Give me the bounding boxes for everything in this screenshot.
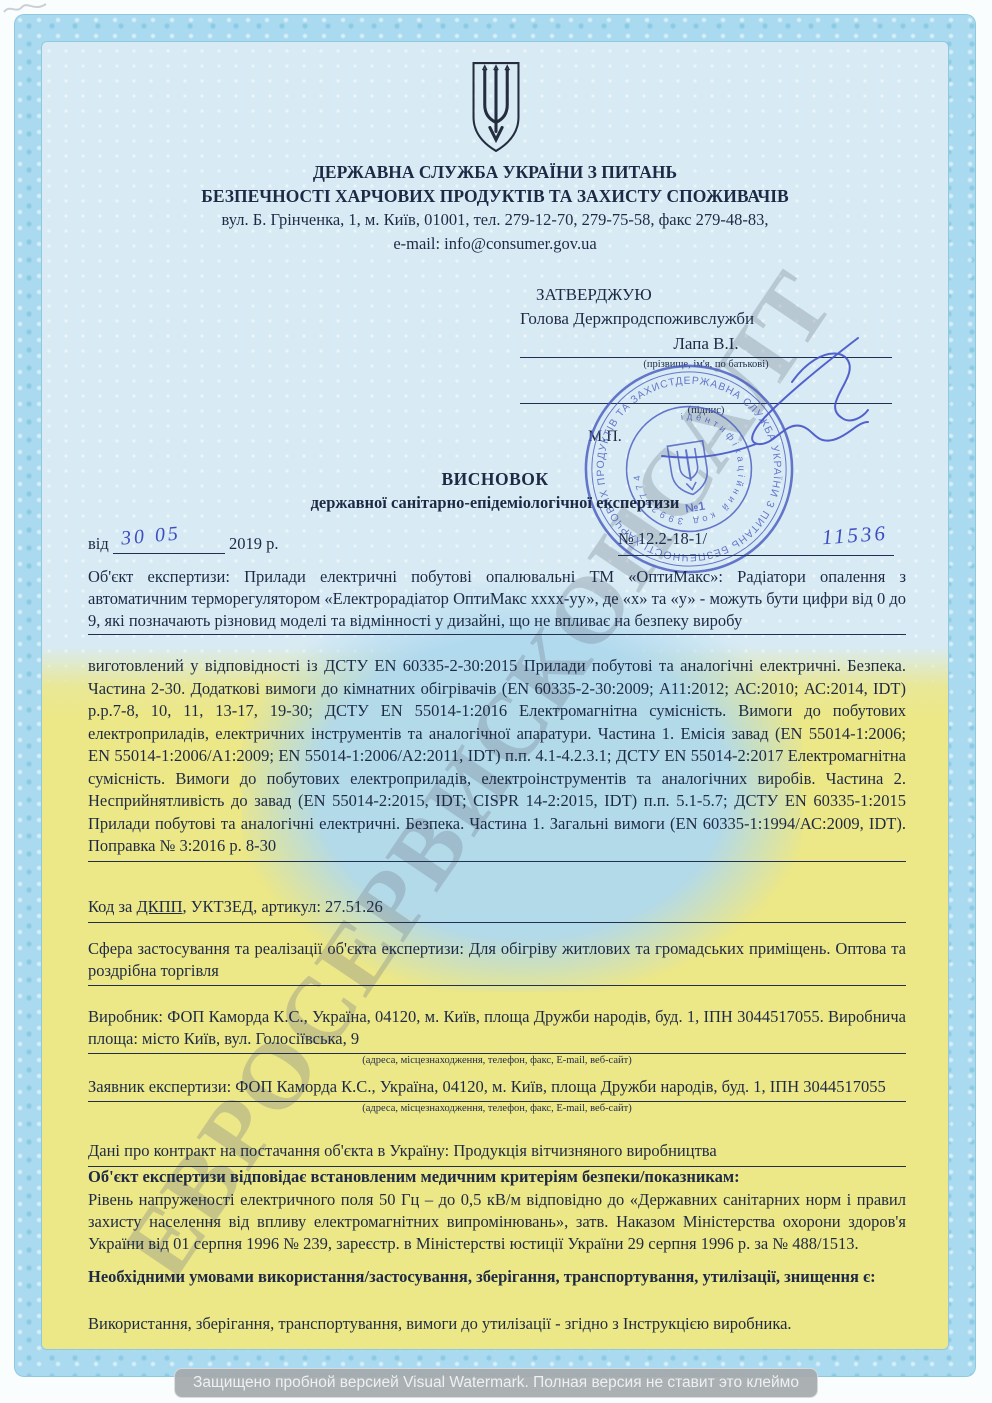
- handwritten-date: 30 05: [120, 522, 182, 550]
- conditions-body: Використання, зберігання, транспортуванн…: [88, 1313, 906, 1335]
- code-prefix: Код за: [88, 897, 136, 916]
- document-page: ЕВРОСЕРВИСКОНСАЛТ ДЕРЖАВНА СЛУЖБА УКРАЇН…: [0, 0, 992, 1403]
- standards-paragraph: виготовлений у відповідності із ДСТУ EN …: [88, 655, 906, 862]
- agency-address: вул. Б. Грінченка, 1, м. Київ, 01001, те…: [42, 208, 948, 232]
- product-code-line: Код за ДКПП, УКТЗЕД, артикул: 27.51.26: [88, 896, 906, 923]
- applicant-address-caption: (адреса, місцезнаходження, телефон, факс…: [88, 1102, 906, 1115]
- expertise-object-paragraph: Об'єкт експертизи: Прилади електричні по…: [88, 566, 906, 635]
- number-line: № 12.2-18-1/ 11536: [618, 529, 894, 556]
- scope-paragraph: Сфера застосування та реалізації об'єкта…: [88, 938, 906, 986]
- document-subtitle: державної санітарно-епідеміологічної екс…: [42, 491, 948, 514]
- applicant-paragraph: Заявник експертизи: ФОП Каморда К.С., Ук…: [88, 1076, 906, 1102]
- agency-name-line1: ДЕРЖАВНА СЛУЖБА УКРАЇНИ З ПИТАНЬ: [42, 160, 948, 184]
- code-classifier: ДКПП: [136, 897, 182, 916]
- applicant-block: Заявник експертизи: ФОП Каморда К.С., Ук…: [88, 1076, 906, 1115]
- manufacturer-address-caption: (адреса, місцезнаходження, телефон, факс…: [88, 1054, 906, 1067]
- handwritten-number: 11536: [821, 521, 889, 551]
- document-title: ВИСНОВОК: [42, 468, 948, 491]
- criteria-heading: Об'єкт експертизи відповідає встановлени…: [88, 1166, 906, 1188]
- conclusion-title-block: ВИСНОВОК державної санітарно-епідеміолог…: [42, 468, 948, 514]
- criteria-body-paragraph: Рівень напруженості електричного поля 50…: [88, 1189, 906, 1255]
- document-body: ЕВРОСЕРВИСКОНСАЛТ ДЕРЖАВНА СЛУЖБА УКРАЇН…: [42, 42, 948, 1349]
- agency-name-line2: БЕЗПЕЧНОСТІ ХАРЧОВИХ ПРОДУКТІВ ТА ЗАХИСТ…: [42, 184, 948, 208]
- code-value: , УКТЗЕД, артикул: 27.51.26: [183, 897, 383, 916]
- trident-emblem-icon: [459, 60, 533, 154]
- date-blank-line: 30 05: [113, 531, 225, 554]
- decorative-border-frame: ЕВРОСЕРВИСКОНСАЛТ ДЕРЖАВНА СЛУЖБА УКРАЇН…: [14, 14, 976, 1377]
- agency-header: ДЕРЖАВНА СЛУЖБА УКРАЇНИ З ПИТАНЬ БЕЗПЕЧН…: [42, 160, 948, 256]
- date-label: від: [88, 534, 109, 553]
- manufacturer-paragraph: Виробник: ФОП Каморда К.С., Україна, 041…: [88, 1006, 906, 1054]
- number-prefix: № 12.2-18-1/: [618, 529, 707, 548]
- date-number-row: від 30 05 2019 р. № 12.2-18-1/ 11536: [88, 531, 908, 563]
- trial-watermark-banner: Защищено пробной версией Visual Watermar…: [174, 1368, 818, 1398]
- agency-email: e-mail: info@consumer.gov.ua: [42, 232, 948, 256]
- date-year: 2019 р.: [229, 534, 279, 553]
- manufacturer-block: Виробник: ФОП Каморда К.С., Україна, 041…: [88, 1006, 906, 1067]
- approve-label: ЗАТВЕРДЖУЮ: [536, 283, 892, 307]
- conditions-heading: Необхідними умовами використання/застосу…: [88, 1266, 906, 1289]
- contract-line: Дані про контракт на постачання об'єкта …: [88, 1140, 906, 1167]
